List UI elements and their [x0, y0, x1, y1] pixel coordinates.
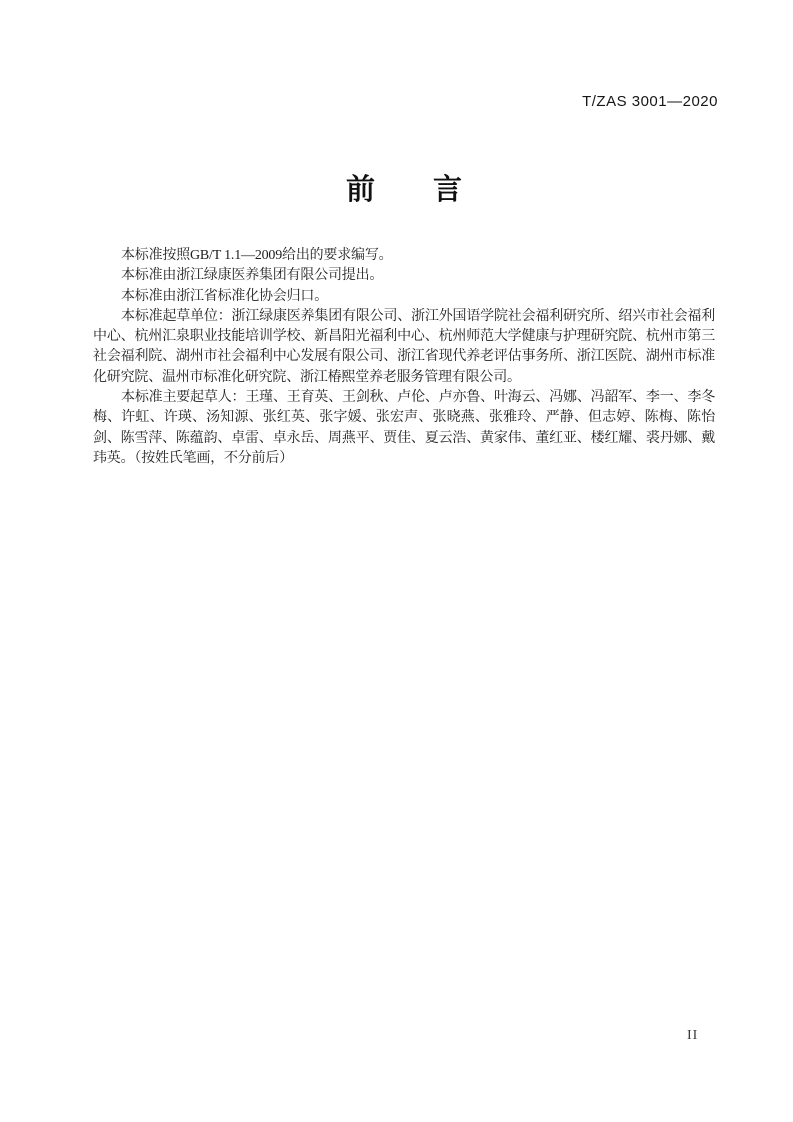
paragraph-centralized-by: 本标准由浙江省标准化协会归口。 [93, 287, 715, 307]
foreword-title: 前 言 [93, 167, 715, 208]
standard-number: T/ZAS 3001—2020 [582, 93, 718, 110]
paragraph-drafting-organizations: 本标准起草单位：浙江绿康医养集团有限公司、浙江外国语学院社会福利研究所、绍兴市社… [93, 307, 715, 388]
document-page: T/ZAS 3001—2020 前 言 本标准按照GB/T 1.1—2009给出… [0, 0, 793, 1122]
foreword-body: 本标准按照GB/T 1.1—2009给出的要求编写。 本标准由浙江绿康医养集团有… [93, 246, 715, 469]
paragraph-drafting-basis: 本标准按照GB/T 1.1—2009给出的要求编写。 [93, 246, 715, 266]
page-number: II [687, 1028, 698, 1044]
paragraph-main-drafters: 本标准主要起草人：王瑾、王育英、王剑秋、卢伦、卢亦鲁、叶海云、冯娜、冯韶军、李一… [93, 388, 715, 469]
paragraph-proposed-by: 本标准由浙江绿康医养集团有限公司提出。 [93, 266, 715, 286]
